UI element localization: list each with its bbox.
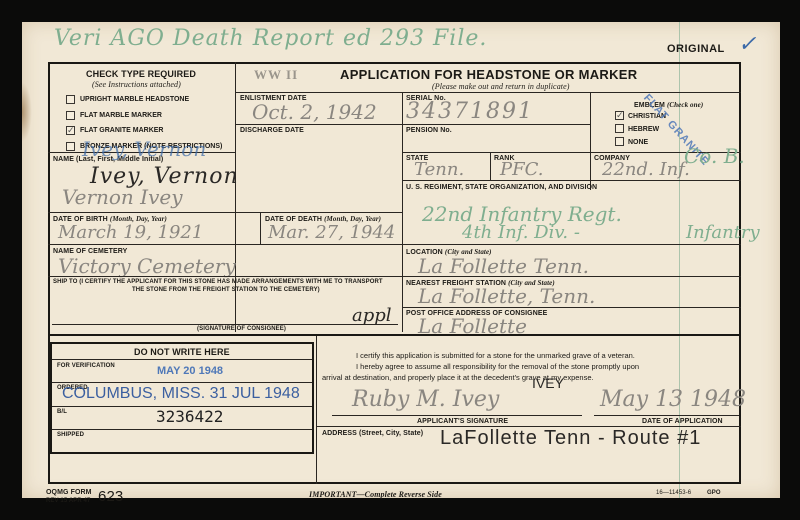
check-type-subheading: (See Instructions attached) — [92, 80, 181, 89]
name-annotation-top: Ivey, Vernon — [82, 137, 206, 161]
date-line — [594, 415, 739, 416]
form-id: OQMG FORM REV 15 APR 47 — [46, 489, 92, 505]
divider — [52, 359, 312, 360]
divider — [48, 244, 402, 245]
shipped-label: SHIPPED — [57, 432, 84, 438]
divider — [260, 212, 261, 244]
bronze-marker-checkbox[interactable] — [66, 142, 75, 151]
verification-stamp: MAY 20 1948 — [157, 365, 223, 377]
ship-to-label-2: THE STONE FROM THE FREIGHT STATION TO TH… — [132, 287, 320, 293]
enlistment-date-value: Oct. 2, 1942 — [252, 100, 377, 124]
form-title: APPLICATION FOR HEADSTONE OR MARKER — [340, 67, 637, 82]
divider — [490, 152, 491, 180]
certification-line-2: I hereby agree to assume all responsibil… — [322, 361, 737, 372]
headstone-application-form: Veri AGO Death Report ed 293 File. ORIGI… — [22, 22, 780, 498]
flat-granite-checkbox[interactable]: ✓ — [66, 126, 75, 135]
ordered-stamp: COLUMBUS, MISS. 31 JUL 1948 — [62, 385, 300, 403]
address-value: LaFollette Tenn - Route #1 — [440, 427, 701, 450]
divider — [235, 92, 741, 93]
form-subtitle: (Please make out and return in duplicate… — [432, 82, 570, 91]
certification-line-1: I certify this application is submitted … — [322, 350, 737, 361]
flat-marble-checkbox[interactable] — [66, 111, 75, 120]
regiment-line2: 4th Inf. Div. - — [462, 222, 580, 243]
flat-marble-label: FLAT MARBLE MARKER — [80, 112, 162, 119]
ship-to-label: SHIP TO (I CERTIFY THE APPLICANT FOR THI… — [53, 279, 383, 285]
hebrew-checkbox[interactable] — [615, 124, 624, 133]
paper-stain — [22, 82, 32, 142]
application-date-label: DATE OF APPLICATION — [642, 418, 723, 425]
discharge-date-label: DISCHARGE DATE — [240, 127, 304, 134]
divider — [52, 382, 312, 383]
signature-line — [52, 324, 398, 325]
verification-label: FOR VERIFICATION — [57, 363, 115, 369]
pension-no-label: PENSION No. — [406, 127, 452, 134]
check-type-heading: CHECK TYPE REQUIRED — [86, 69, 196, 79]
name-annotation-bottom: Vernon Ivey — [62, 185, 183, 209]
upright-marble-label: UPRIGHT MARBLE HEADSTONE — [80, 96, 189, 103]
hebrew-label: HEBREW — [628, 126, 659, 133]
divider — [590, 92, 591, 190]
divider — [48, 334, 741, 336]
dob-value: March 19, 1921 — [58, 222, 203, 243]
ship-to-annotation: appl — [352, 305, 392, 326]
divider — [402, 180, 741, 181]
divider — [402, 276, 741, 277]
form-line-1: OQMG FORM — [46, 489, 92, 497]
freight-station-value: La Follette, Tenn. — [418, 284, 595, 308]
divider — [402, 244, 741, 245]
regiment-label: U. S. REGIMENT, STATE ORGANIZATION, AND … — [406, 184, 597, 191]
state-value: Tenn. — [414, 159, 464, 180]
location-value: La Follette Tenn. — [418, 254, 589, 278]
serial-no-value: 34371891 — [406, 99, 534, 124]
copy-label: ORIGINAL — [667, 43, 725, 55]
bl-value: 3236422 — [156, 407, 223, 426]
divider — [316, 336, 317, 484]
none-label: NONE — [628, 139, 648, 146]
christian-checkbox[interactable]: ✓ — [615, 111, 624, 120]
office-use-heading: DO NOT WRITE HERE — [134, 347, 230, 357]
divider — [48, 212, 402, 213]
dod-value: Mar. 27, 1944 — [268, 222, 395, 243]
application-date-value: May 13 1948 — [600, 387, 746, 412]
signature-annotation: IVEY — [532, 375, 564, 391]
none-checkbox[interactable] — [615, 137, 624, 146]
certification-line-3: arrival at destination, and properly pla… — [322, 372, 737, 383]
print-code: 16—11453-6 — [656, 490, 691, 496]
divider — [402, 307, 741, 308]
divider — [52, 429, 312, 430]
divider — [402, 152, 403, 332]
consignee-signature-label: (SIGNATURE OF CONSIGNEE) — [197, 326, 286, 332]
ww-label: WW II — [254, 67, 298, 83]
address-label: ADDRESS (Street, City, State) — [322, 430, 423, 437]
cemetery-value: Victory Cemetery — [58, 254, 236, 278]
signature-line — [332, 415, 582, 416]
important-note: IMPORTANT—Complete Reverse Side — [309, 490, 442, 499]
check-mark-annotation: ✓ — [738, 32, 756, 57]
upright-marble-checkbox[interactable] — [66, 95, 75, 104]
applicant-signature: Ruby M. Ivey — [352, 387, 499, 412]
divider — [235, 124, 402, 125]
divider — [402, 124, 590, 125]
divider — [48, 276, 402, 277]
certification-text: I certify this application is submitted … — [322, 350, 737, 383]
applicant-signature-label: APPLICANT'S SIGNATURE — [417, 418, 508, 425]
regiment-annotation: Infantry — [686, 222, 760, 243]
company-annotation: Co. B. — [684, 144, 745, 168]
header-annotation: Veri AGO Death Report ed 293 File. — [54, 26, 487, 51]
bl-label: B/L — [57, 409, 67, 415]
company-value: 22nd. Inf. — [602, 159, 690, 180]
rank-value: PFC. — [500, 159, 543, 180]
form-line-2: REV 15 APR 47 — [46, 497, 92, 505]
form-number: 623 — [98, 488, 123, 505]
flat-granite-label: FLAT GRANITE MARKER — [80, 127, 163, 134]
gpo-label: GPO — [707, 490, 721, 496]
